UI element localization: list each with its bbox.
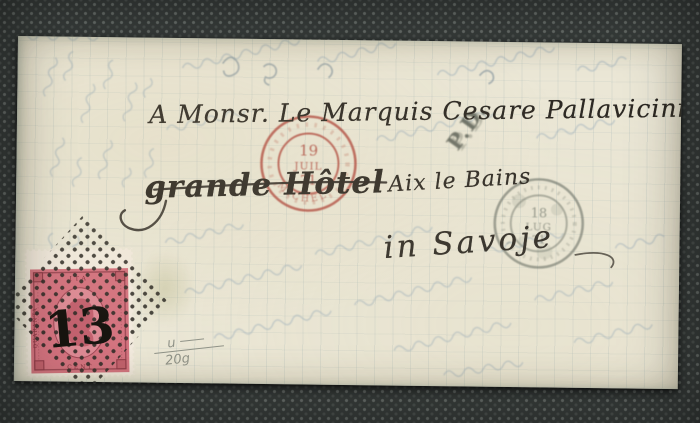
album-cloth-background: 19 JUIL 71 MICHEL 18 LUG 71 [0,0,700,423]
folded-letter-front: 19 JUIL 71 MICHEL 18 LUG 71 [14,36,682,389]
address-hotel-line: grande Hôtel [144,164,385,205]
red-cds-day: 19 [299,141,318,159]
cancel-numeral: 13 [42,295,117,360]
